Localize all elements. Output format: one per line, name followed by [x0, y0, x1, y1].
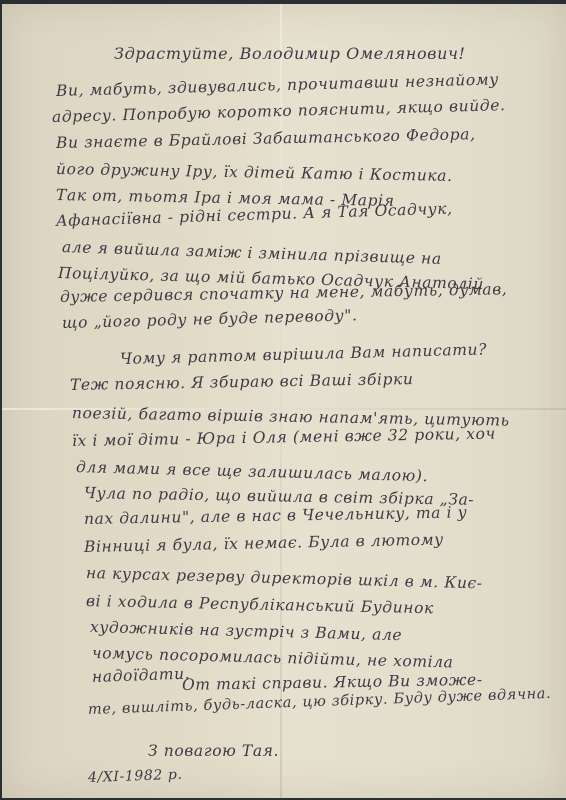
letter-line: на курсах резерву директорів шкіл в м. К… — [86, 564, 483, 592]
letter-line: Чому я раптом вирішила Вам написати? — [120, 340, 488, 368]
letter-closing: З повагою Тая. — [148, 742, 279, 760]
letter-line: для мами я все ще залишилась малою). — [76, 458, 429, 485]
letter-line: його дружину Іру, їх дітей Катю і Костик… — [56, 160, 453, 185]
letter-line: ві і ходила в Республіканський Будинок — [86, 592, 434, 617]
letter-paper: Здрастуйте, Володимир Омелянович! Ви, ма… — [2, 4, 566, 798]
letter-line: художників на зустріч з Вами, але — [90, 618, 403, 644]
letter-greeting: Здрастуйте, Володимир Омелянович! — [114, 44, 466, 63]
letter-date: 4/XI-1982 р. — [88, 767, 183, 786]
letter-line: Ви, мабуть, здивувались, прочитавши незн… — [56, 70, 499, 100]
letter-line: Ви знаєте в Брайлові Забаштанського Федо… — [56, 125, 476, 152]
letter-line: що „його роду не буде переводу". — [62, 306, 358, 332]
letter-line: їх і мої діти - Юра і Оля (мені вже 32 р… — [72, 425, 496, 450]
letter-line: Вінниці я була, їх немає. Була в лютому — [84, 530, 444, 556]
letter-line: але я вийшла заміж і змінила прізвище на — [62, 238, 442, 268]
letter-line: пах далини", але в нас в Чечельнику, та … — [84, 503, 468, 528]
letter-line: адресу. Попробую коротко пояснити, якщо … — [52, 96, 506, 126]
letter-line: надоїдати. — [92, 665, 191, 686]
letter-line: дуже сердився спочатку на мене, мабуть, … — [60, 280, 508, 306]
letter-line: Теж поясню. Я збираю всі Ваші збірки — [70, 370, 414, 394]
